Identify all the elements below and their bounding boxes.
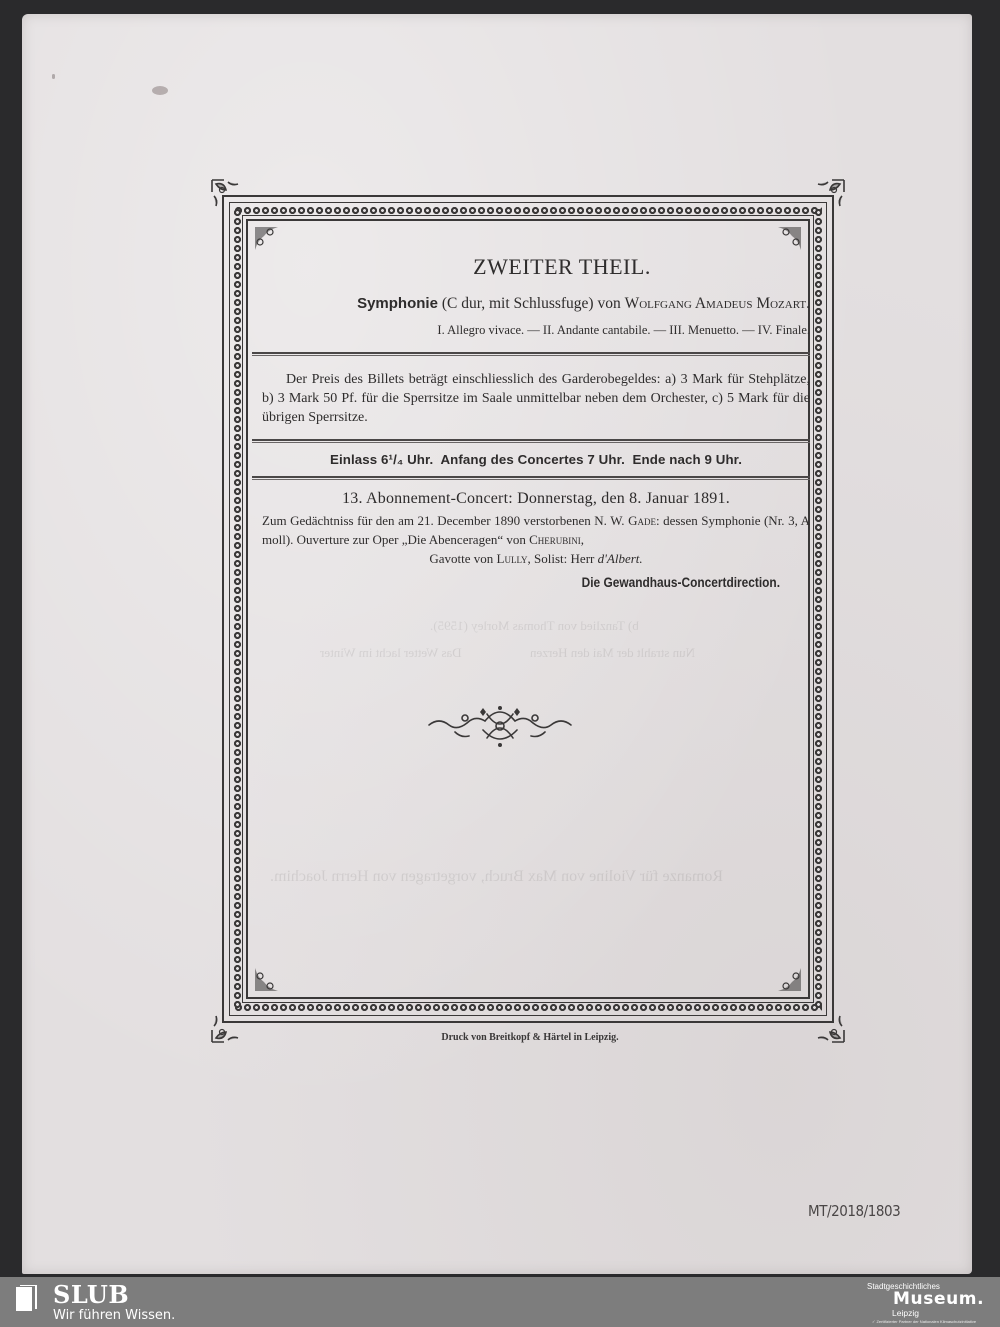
memorial-text: Zum Gedächtniss für den am 21. December … bbox=[262, 513, 625, 528]
printer-imprint: Druck von Breitkopf & Härtel in Leipzig. bbox=[400, 1032, 660, 1043]
section-divider bbox=[252, 352, 810, 356]
museum-logo-name[interactable]: Museum. bbox=[893, 1289, 984, 1309]
soloist-name: d'Albert. bbox=[598, 551, 643, 566]
corner-ornament-icon bbox=[210, 1010, 244, 1044]
end-time: Ende nach 9 Uhr. bbox=[633, 452, 742, 467]
price-notice: Der Preis des Billets beträgt einschlies… bbox=[262, 370, 810, 427]
signature: Die Gewandhaus-Concertdirection. bbox=[340, 574, 780, 590]
inner-corner-rosette-icon bbox=[776, 226, 802, 252]
programme-content: ZWEITER THEIL. Symphonie (C dur, mit Sch… bbox=[262, 250, 810, 590]
viewer-footer-bar: SLUB Wir führen Wissen. Stadtgeschichtli… bbox=[0, 1277, 1000, 1327]
corner-ornament-icon bbox=[812, 1010, 846, 1044]
gavotte-text: Gavotte von bbox=[429, 551, 493, 566]
inner-corner-rosette-icon bbox=[776, 966, 802, 992]
slub-tagline: Wir führen Wissen. bbox=[53, 1308, 175, 1323]
symphony-line: Symphonie (C dur, mit Schlussfuge) von W… bbox=[262, 295, 810, 313]
overture-composer: Cherubini bbox=[529, 532, 581, 547]
corner-ornament-icon bbox=[210, 178, 244, 212]
museum-certification: ✓ Zertifizierter Partner der Nationalen … bbox=[872, 1319, 976, 1324]
inner-corner-rosette-icon bbox=[254, 226, 280, 252]
bead-chain-left bbox=[233, 208, 242, 1010]
slub-book-logo-icon[interactable] bbox=[12, 1285, 42, 1313]
bead-chain-top bbox=[234, 206, 822, 215]
symphony-label: Symphonie bbox=[357, 295, 438, 312]
next-concert-programme: Zum Gedächtniss für den am 21. December … bbox=[262, 511, 810, 568]
section-divider bbox=[252, 476, 810, 480]
concert-hours: Einlass 6¹/₄ Uhr. Anfang des Concertes 7… bbox=[262, 452, 810, 467]
bead-chain-right bbox=[814, 208, 823, 1010]
start-time: Anfang des Concertes 7 Uhr. bbox=[440, 452, 624, 467]
soloist-text: , Solist: Herr bbox=[528, 551, 595, 566]
slub-logo-name[interactable]: SLUB bbox=[53, 1282, 129, 1308]
movements-list: I. Allegro vivace. — II. Andante cantabi… bbox=[262, 323, 810, 338]
paper-speck bbox=[52, 74, 55, 79]
symphony-composer: Wolfgang Amadeus Mozart. bbox=[625, 295, 810, 312]
admission-time: Einlass 6¹/₄ Uhr. bbox=[330, 452, 433, 467]
memorial-composer: Gade bbox=[628, 513, 656, 528]
gavotte-line: Gavotte von Lully, Solist: Herr d'Albert… bbox=[262, 549, 810, 568]
next-concert-heading: 13. Abonnement-Concert: Donnerstag, den … bbox=[262, 490, 810, 508]
flourish-ornament-icon bbox=[425, 700, 575, 750]
inventory-number: MT/2018/1803 bbox=[808, 1202, 900, 1220]
corner-ornament-icon bbox=[812, 178, 846, 212]
museum-logo-city: Leipzig bbox=[892, 1308, 919, 1318]
part-title: ZWEITER THEIL. bbox=[314, 254, 810, 280]
section-divider bbox=[252, 439, 810, 443]
inner-corner-rosette-icon bbox=[254, 966, 280, 992]
bead-chain-bottom bbox=[234, 1003, 822, 1012]
symphony-key: (C dur, mit Schlussfuge) von bbox=[442, 295, 621, 312]
gavotte-composer: Lully bbox=[497, 551, 528, 566]
paper-stain bbox=[152, 86, 168, 95]
